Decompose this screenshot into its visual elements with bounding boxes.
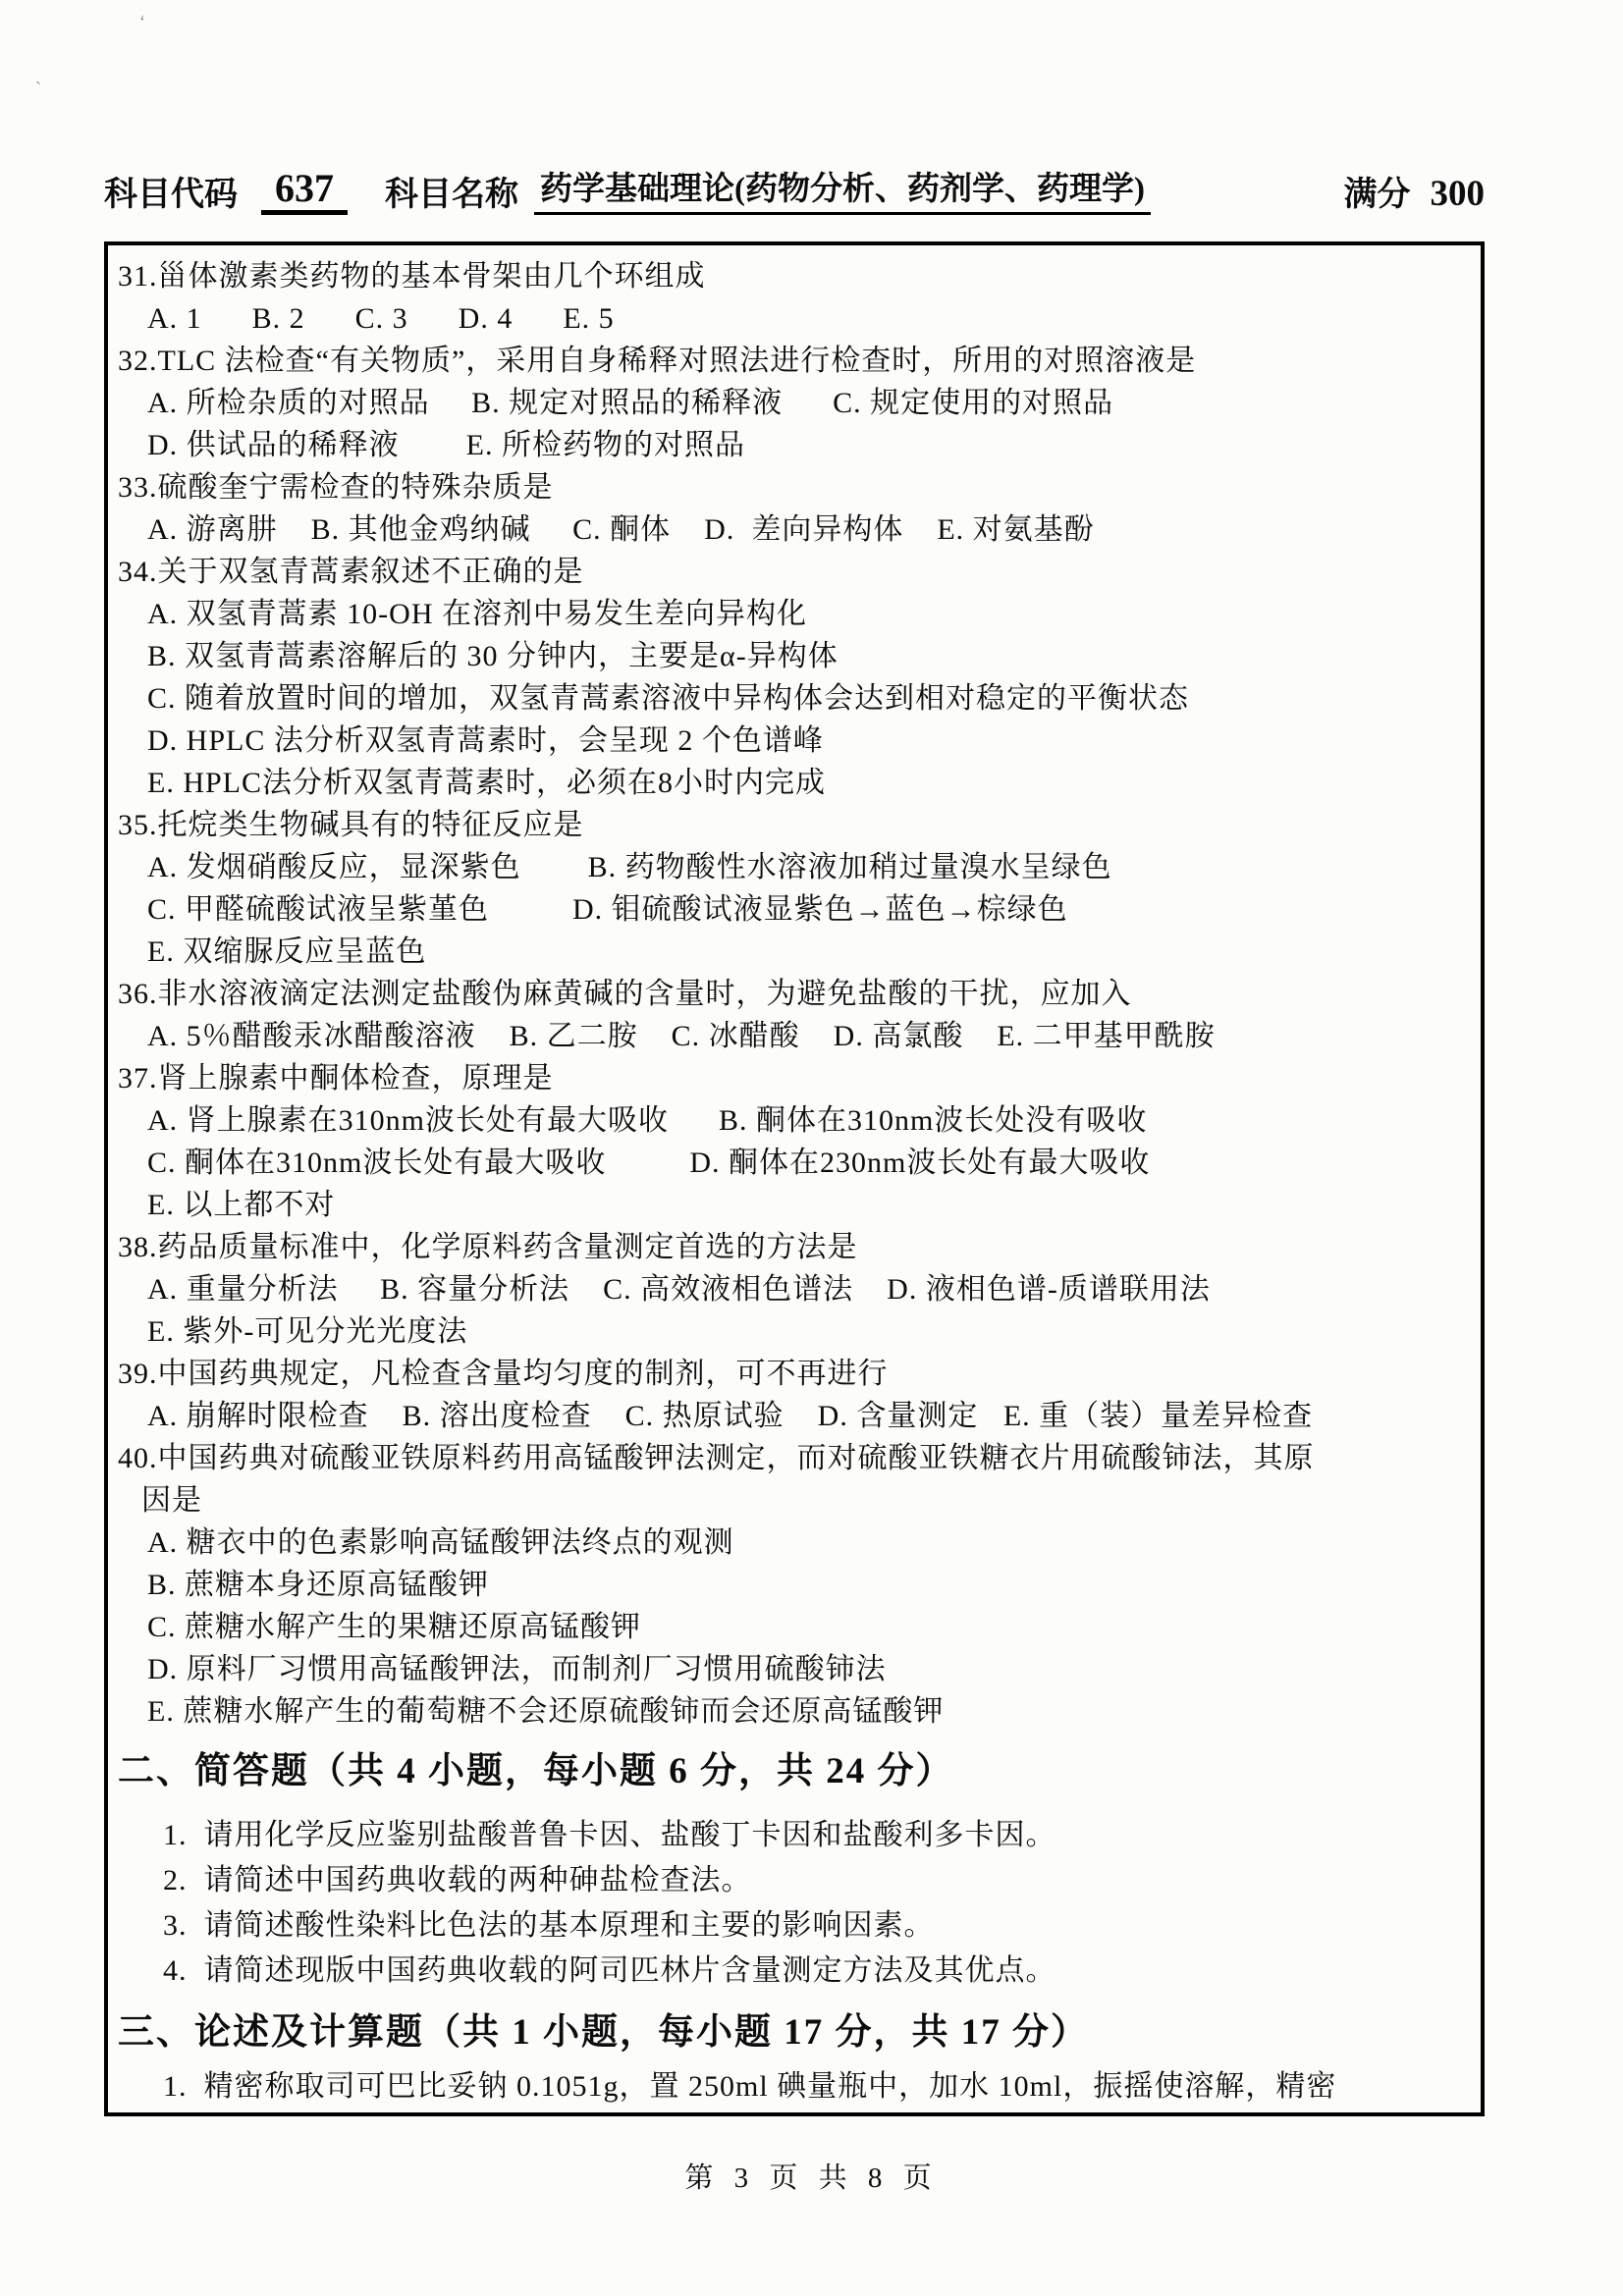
- subject-name-label: 科目名称: [385, 167, 518, 215]
- section-3-heading: 三、论述及计算题（共 1 小题，每小题 17 分，共 17 分）: [118, 2005, 1471, 2060]
- question-35-options-1: A. 发烟硝酸反应，显深紫色 B. 药物酸性水溶液加稍过量溴水呈绿色: [118, 846, 1471, 888]
- question-37: 37.肾上腺素中酮体检查，原理是 A. 肾上腺素在310nm波长处有最大吸收 B…: [118, 1057, 1471, 1226]
- question-36-stem: 36.非水溶液滴定法测定盐酸伪麻黄碱的含量时，为避免盐酸的干扰，应加入: [118, 973, 1471, 1015]
- question-40-option-a: A. 糖衣中的色素影响高锰酸钾法终点的观测: [118, 1522, 1471, 1564]
- full-score-value: 300: [1431, 173, 1486, 215]
- full-score-label: 满分: [1344, 167, 1411, 215]
- question-40-stem: 40.中国药典对硫酸亚铁原料药用高锰酸钾法测定，而对硫酸亚铁糖衣片用硫酸铈法，其…: [118, 1437, 1471, 1479]
- question-33-options: A. 游离肼 B. 其他金鸡纳碱 C. 酮体 D. 差向异构体 E. 对氨基酚: [118, 508, 1471, 551]
- question-34-option-e: E. HPLC法分析双氢青蒿素时，必须在8小时内完成: [118, 762, 1471, 804]
- question-40-stem-continuation: 因是: [118, 1479, 1471, 1522]
- subject-name-value: 药学基础理论(药物分析、药剂学、药理学): [534, 163, 1151, 215]
- section-2-items: 1. 请用化学反应鉴别盐酸普鲁卡因、盐酸丁卡因和盐酸利多卡因。 2. 请简述中国…: [118, 1813, 1471, 1994]
- question-34-option-a: A. 双氢青蒿素 10-OH 在溶剂中易发生差向异构化: [118, 593, 1471, 635]
- question-35-option-e: E. 双缩脲反应呈蓝色: [118, 931, 1471, 973]
- question-31-options: A. 1 B. 2 C. 3 D. 4 E. 5: [118, 297, 1471, 340]
- question-33: 33.硫酸奎宁需检查的特殊杂质是 A. 游离肼 B. 其他金鸡纳碱 C. 酮体 …: [118, 466, 1471, 551]
- question-40-option-c: C. 蔗糖水解产生的果糖还原高锰酸钾: [118, 1606, 1471, 1648]
- question-36-options: A. 5％醋酸汞冰醋酸溶液 B. 乙二胺 C. 冰醋酸 D. 高氯酸 E. 二甲…: [118, 1015, 1471, 1057]
- question-34-option-d: D. HPLC 法分析双氢青蒿素时，会呈现 2 个色谱峰: [118, 720, 1471, 762]
- questions-box: 31.甾体激素类药物的基本骨架由几个环组成 A. 1 B. 2 C. 3 D. …: [104, 241, 1485, 2116]
- question-34-option-b: B. 双氢青蒿素溶解后的 30 分钟内，主要是α-异构体: [118, 635, 1471, 677]
- question-32-stem: 32.TLC 法检查“有关物质”，采用自身稀释对照法进行检查时，所用的对照溶液是: [118, 340, 1471, 382]
- question-40-option-b: B. 蔗糖本身还原高锰酸钾: [118, 1564, 1471, 1606]
- question-39-stem: 39.中国药典规定，凡检查含量均匀度的制剂，可不再进行: [118, 1353, 1471, 1395]
- question-32-options-1: A. 所检杂质的对照品 B. 规定对照品的稀释液 C. 规定使用的对照品: [118, 382, 1471, 424]
- question-31: 31.甾体激素类药物的基本骨架由几个环组成 A. 1 B. 2 C. 3 D. …: [118, 255, 1471, 340]
- question-32-options-2: D. 供试品的稀释液 E. 所检药物的对照品: [118, 424, 1471, 466]
- question-35: 35.托烷类生物碱具有的特征反应是 A. 发烟硝酸反应，显深紫色 B. 药物酸性…: [118, 804, 1471, 973]
- question-37-options-2: C. 酮体在310nm波长处有最大吸收 D. 酮体在230nm波长处有最大吸收: [118, 1142, 1471, 1184]
- section-3-item-1: 1. 精密称取司可巴比妥钠 0.1051g，置 250ml 碘量瓶中，加水 10…: [118, 2064, 1471, 2109]
- question-38-stem: 38.药品质量标准中，化学原料药含量测定首选的方法是: [118, 1226, 1471, 1268]
- question-34-option-c: C. 随着放置时间的增加，双氢青蒿素溶液中异构体会达到相对稳定的平衡状态: [118, 677, 1471, 720]
- scan-artifact: ˎ: [35, 65, 41, 85]
- question-37-option-e: E. 以上都不对: [118, 1184, 1471, 1226]
- question-37-stem: 37.肾上腺素中酮体检查，原理是: [118, 1057, 1471, 1099]
- question-38-option-e: E. 紫外-可见分光光度法: [118, 1310, 1471, 1353]
- section-2-item-3: 3. 请简述酸性染料比色法的基本原理和主要的影响因素。: [118, 1903, 1471, 1949]
- question-33-stem: 33.硫酸奎宁需检查的特殊杂质是: [118, 466, 1471, 508]
- subject-code-label: 科目代码: [104, 167, 238, 215]
- section-2-item-4: 4. 请简述现版中国药典收载的阿司匹林片含量测定方法及其优点。: [118, 1949, 1471, 1994]
- question-40-option-e: E. 蔗糖水解产生的葡萄糖不会还原硫酸铈而会还原高锰酸钾: [118, 1690, 1471, 1733]
- section-2-item-1: 1. 请用化学反应鉴别盐酸普鲁卡因、盐酸丁卡因和盐酸利多卡因。: [118, 1813, 1471, 1858]
- section-2-heading: 二、简答题（共 4 小题，每小题 6 分，共 24 分）: [118, 1744, 1471, 1799]
- page-number-footer: 第 3 页 共 8 页: [0, 2156, 1623, 2196]
- section-3-items: 1. 精密称取司可巴比妥钠 0.1051g，置 250ml 碘量瓶中，加水 10…: [118, 2064, 1471, 2109]
- question-36: 36.非水溶液滴定法测定盐酸伪麻黄碱的含量时，为避免盐酸的干扰，应加入 A. 5…: [118, 973, 1471, 1057]
- question-35-options-2: C. 甲醛硫酸试液呈紫堇色 D. 钼硫酸试液显紫色→蓝色→棕绿色: [118, 888, 1471, 931]
- question-39-options: A. 崩解时限检查 B. 溶出度检查 C. 热原试验 D. 含量测定 E. 重（…: [118, 1395, 1471, 1437]
- question-34-stem: 34.关于双氢青蒿素叙述不正确的是: [118, 551, 1471, 593]
- question-40: 40.中国药典对硫酸亚铁原料药用高锰酸钾法测定，而对硫酸亚铁糖衣片用硫酸铈法，其…: [118, 1437, 1471, 1733]
- question-37-options-1: A. 肾上腺素在310nm波长处有最大吸收 B. 酮体在310nm波长处没有吸收: [118, 1099, 1471, 1142]
- question-40-option-d: D. 原料厂习惯用高锰酸钾法，而制剂厂习惯用硫酸铈法: [118, 1648, 1471, 1690]
- exam-header: 科目代码 637 科目名称 药学基础理论(药物分析、药剂学、药理学) 满分 30…: [104, 163, 1485, 215]
- section-2-item-2: 2. 请简述中国药典收载的两种砷盐检查法。: [118, 1858, 1471, 1903]
- subject-code-value: 637: [261, 168, 348, 215]
- question-38-options-1: A. 重量分析法 B. 容量分析法 C. 高效液相色谱法 D. 液相色谱-质谱联…: [118, 1268, 1471, 1310]
- scanned-exam-page: ʻ ˎ 科目代码 637 科目名称 药学基础理论(药物分析、药剂学、药理学) 满…: [0, 0, 1623, 2296]
- question-34: 34.关于双氢青蒿素叙述不正确的是 A. 双氢青蒿素 10-OH 在溶剂中易发生…: [118, 551, 1471, 804]
- question-31-stem: 31.甾体激素类药物的基本骨架由几个环组成: [118, 255, 1471, 297]
- question-35-stem: 35.托烷类生物碱具有的特征反应是: [118, 804, 1471, 846]
- question-39: 39.中国药典规定，凡检查含量均匀度的制剂，可不再进行 A. 崩解时限检查 B.…: [118, 1353, 1471, 1437]
- question-32: 32.TLC 法检查“有关物质”，采用自身稀释对照法进行检查时，所用的对照溶液是…: [118, 340, 1471, 466]
- question-38: 38.药品质量标准中，化学原料药含量测定首选的方法是 A. 重量分析法 B. 容…: [118, 1226, 1471, 1353]
- scan-artifact: ʻ: [139, 12, 145, 32]
